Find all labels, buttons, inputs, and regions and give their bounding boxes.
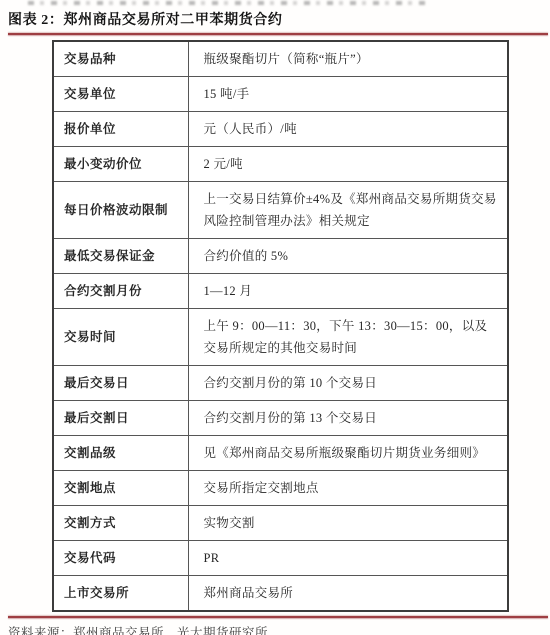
spec-value: 2 元/吨 [188,147,508,182]
spec-value: 交易所指定交割地点 [188,471,508,506]
spec-value: PR [188,541,508,576]
table-row: 最后交割日合约交割月份的第 13 个交易日 [53,401,508,436]
table-row: 最后交易日合约交割月份的第 10 个交易日 [53,366,508,401]
spec-value: 元（人民币）/吨 [188,112,508,147]
table-row: 交易单位15 吨/手 [53,77,508,112]
spec-label: 交易代码 [53,541,188,576]
table-row: 每日价格波动限制上一交易日结算价±4%及《郑州商品交易所期货交易风险控制管理办法… [53,182,508,239]
spec-label: 上市交易所 [53,576,188,612]
spec-value: 15 吨/手 [188,77,508,112]
spec-label: 交割方式 [53,506,188,541]
spec-value: 实物交割 [188,506,508,541]
spec-value: 瓶级聚酯切片（简称“瓶片”） [188,41,508,77]
source-note: 资料来源：郑州商品交易所、光大期货研究所 [8,623,550,635]
spec-label: 最低交易保证金 [53,239,188,274]
spec-label: 报价单位 [53,112,188,147]
footer-divider [8,616,548,618]
spec-value: 上午 9：00—11：30，下午 13：30—15：00，以及交易所规定的其他交… [188,309,508,366]
table-row: 交易时间上午 9：00—11：30，下午 13：30—15：00，以及交易所规定… [53,309,508,366]
table-row: 交易代码PR [53,541,508,576]
table-row: 交易品种瓶级聚酯切片（简称“瓶片”） [53,41,508,77]
table-row: 交割地点交易所指定交割地点 [53,471,508,506]
spec-label: 最后交易日 [53,366,188,401]
table-row: 最小变动价位2 元/吨 [53,147,508,182]
contract-spec-table: 交易品种瓶级聚酯切片（简称“瓶片”）交易单位15 吨/手报价单位元（人民币）/吨… [52,40,509,612]
spec-label: 每日价格波动限制 [53,182,188,239]
spec-label: 最小变动价位 [53,147,188,182]
spec-label: 交易时间 [53,309,188,366]
table-row: 上市交易所郑州商品交易所 [53,576,508,612]
spec-value: 合约交割月份的第 13 个交易日 [188,401,508,436]
title-underline [8,33,548,35]
report-figure-page: 图表 2：郑州商品交易所对二甲苯期货合约 交易品种瓶级聚酯切片（简称“瓶片”）交… [0,0,550,635]
table-row: 合约交割月份1—12 月 [53,274,508,309]
spec-value: 郑州商品交易所 [188,576,508,612]
table-row: 最低交易保证金合约价值的 5% [53,239,508,274]
spec-label: 交割地点 [53,471,188,506]
spec-value: 1—12 月 [188,274,508,309]
table-row: 交割品级见《郑州商品交易所瓶级聚酯切片期货业务细则》 [53,436,508,471]
contract-spec-table-body: 交易品种瓶级聚酯切片（简称“瓶片”）交易单位15 吨/手报价单位元（人民币）/吨… [53,41,508,611]
spec-label: 最后交割日 [53,401,188,436]
table-row: 报价单位元（人民币）/吨 [53,112,508,147]
spec-label: 交易品种 [53,41,188,77]
table-row: 交割方式实物交割 [53,506,508,541]
spec-label: 交易单位 [53,77,188,112]
spec-value: 合约价值的 5% [188,239,508,274]
spec-label: 交割品级 [53,436,188,471]
spec-value: 上一交易日结算价±4%及《郑州商品交易所期货交易风险控制管理办法》相关规定 [188,182,508,239]
spec-label: 合约交割月份 [53,274,188,309]
spec-value: 合约交割月份的第 10 个交易日 [188,366,508,401]
spec-value: 见《郑州商品交易所瓶级聚酯切片期货业务细则》 [188,436,508,471]
cropped-text-artifact [28,1,428,5]
